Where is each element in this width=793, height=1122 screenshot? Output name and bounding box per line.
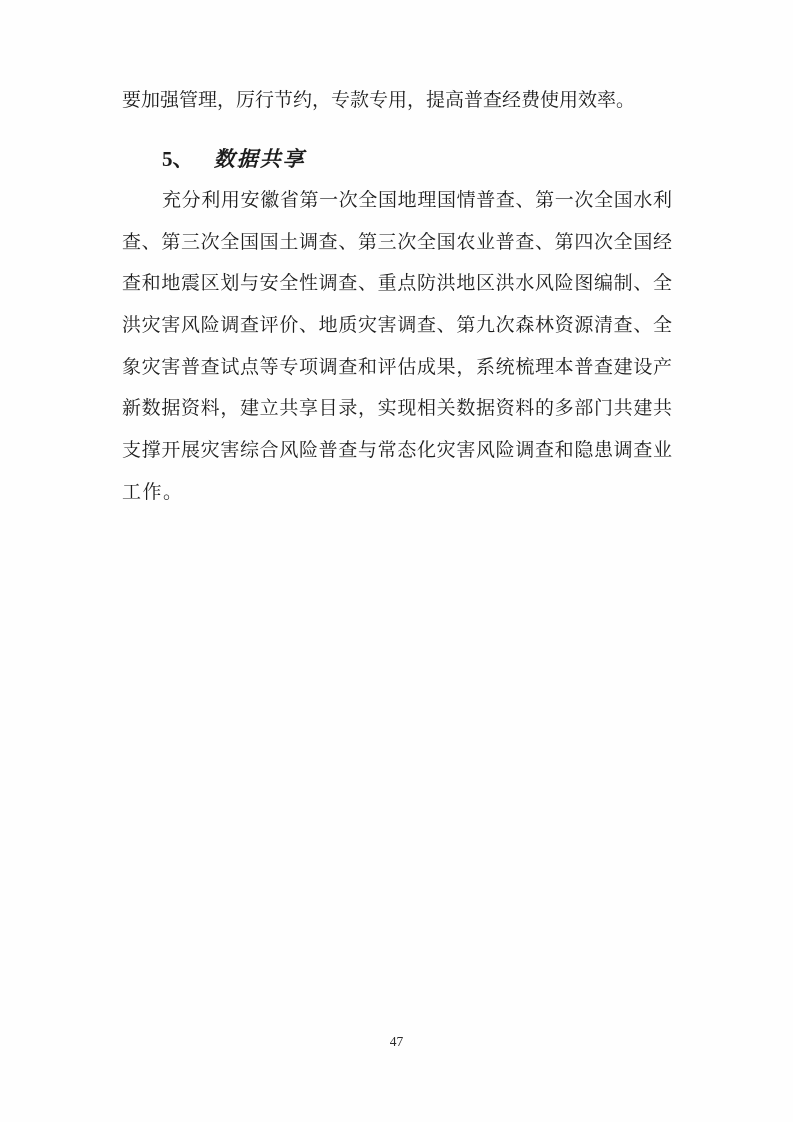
paragraph-line: 充分利用安徽省第一次全国地理国情普查、第一次全国水利普 xyxy=(122,180,672,222)
document-page: 要加强管理，厉行节约，专款专用，提高普查经费使用效率。 5、 数据共享 充分利用… xyxy=(0,0,793,1122)
paragraph-line: 新数据资料，建立共享目录，实现相关数据资料的多部门共建共享， xyxy=(122,388,672,430)
paragraph-line: 工作。 xyxy=(122,472,672,514)
section-title: 数据共享 xyxy=(214,139,306,181)
paragraph-line: 象灾害普查试点等专项调查和评估成果，系统梳理本普查建设产生的 xyxy=(122,347,672,389)
page-number: 47 xyxy=(390,1034,404,1049)
paragraph-line: 查和地震区划与安全性调查、重点防洪地区洪水风险图编制、全国山 xyxy=(122,263,672,305)
page-footer: 47 xyxy=(0,1032,793,1052)
paragraph-line: 查、第三次全国国土调查、第三次全国农业普查、第四次全国经济普 xyxy=(122,222,672,264)
previous-paragraph-tail: 要加强管理，厉行节约，专款专用，提高普查经费使用效率。 xyxy=(122,80,682,122)
data-sharing-paragraph: 充分利用安徽省第一次全国地理国情普查、第一次全国水利普 查、第三次全国国土调查、… xyxy=(122,180,672,514)
section-heading: 5、 数据共享 xyxy=(162,139,306,181)
paragraph-line: 洪灾害风险调查评价、地质灾害调查、第九次森林资源清查、全国气 xyxy=(122,305,672,347)
section-number: 5、 xyxy=(162,139,194,181)
paragraph-line: 支撑开展灾害综合风险普查与常态化灾害风险调查和隐患调查业务 xyxy=(122,430,672,472)
